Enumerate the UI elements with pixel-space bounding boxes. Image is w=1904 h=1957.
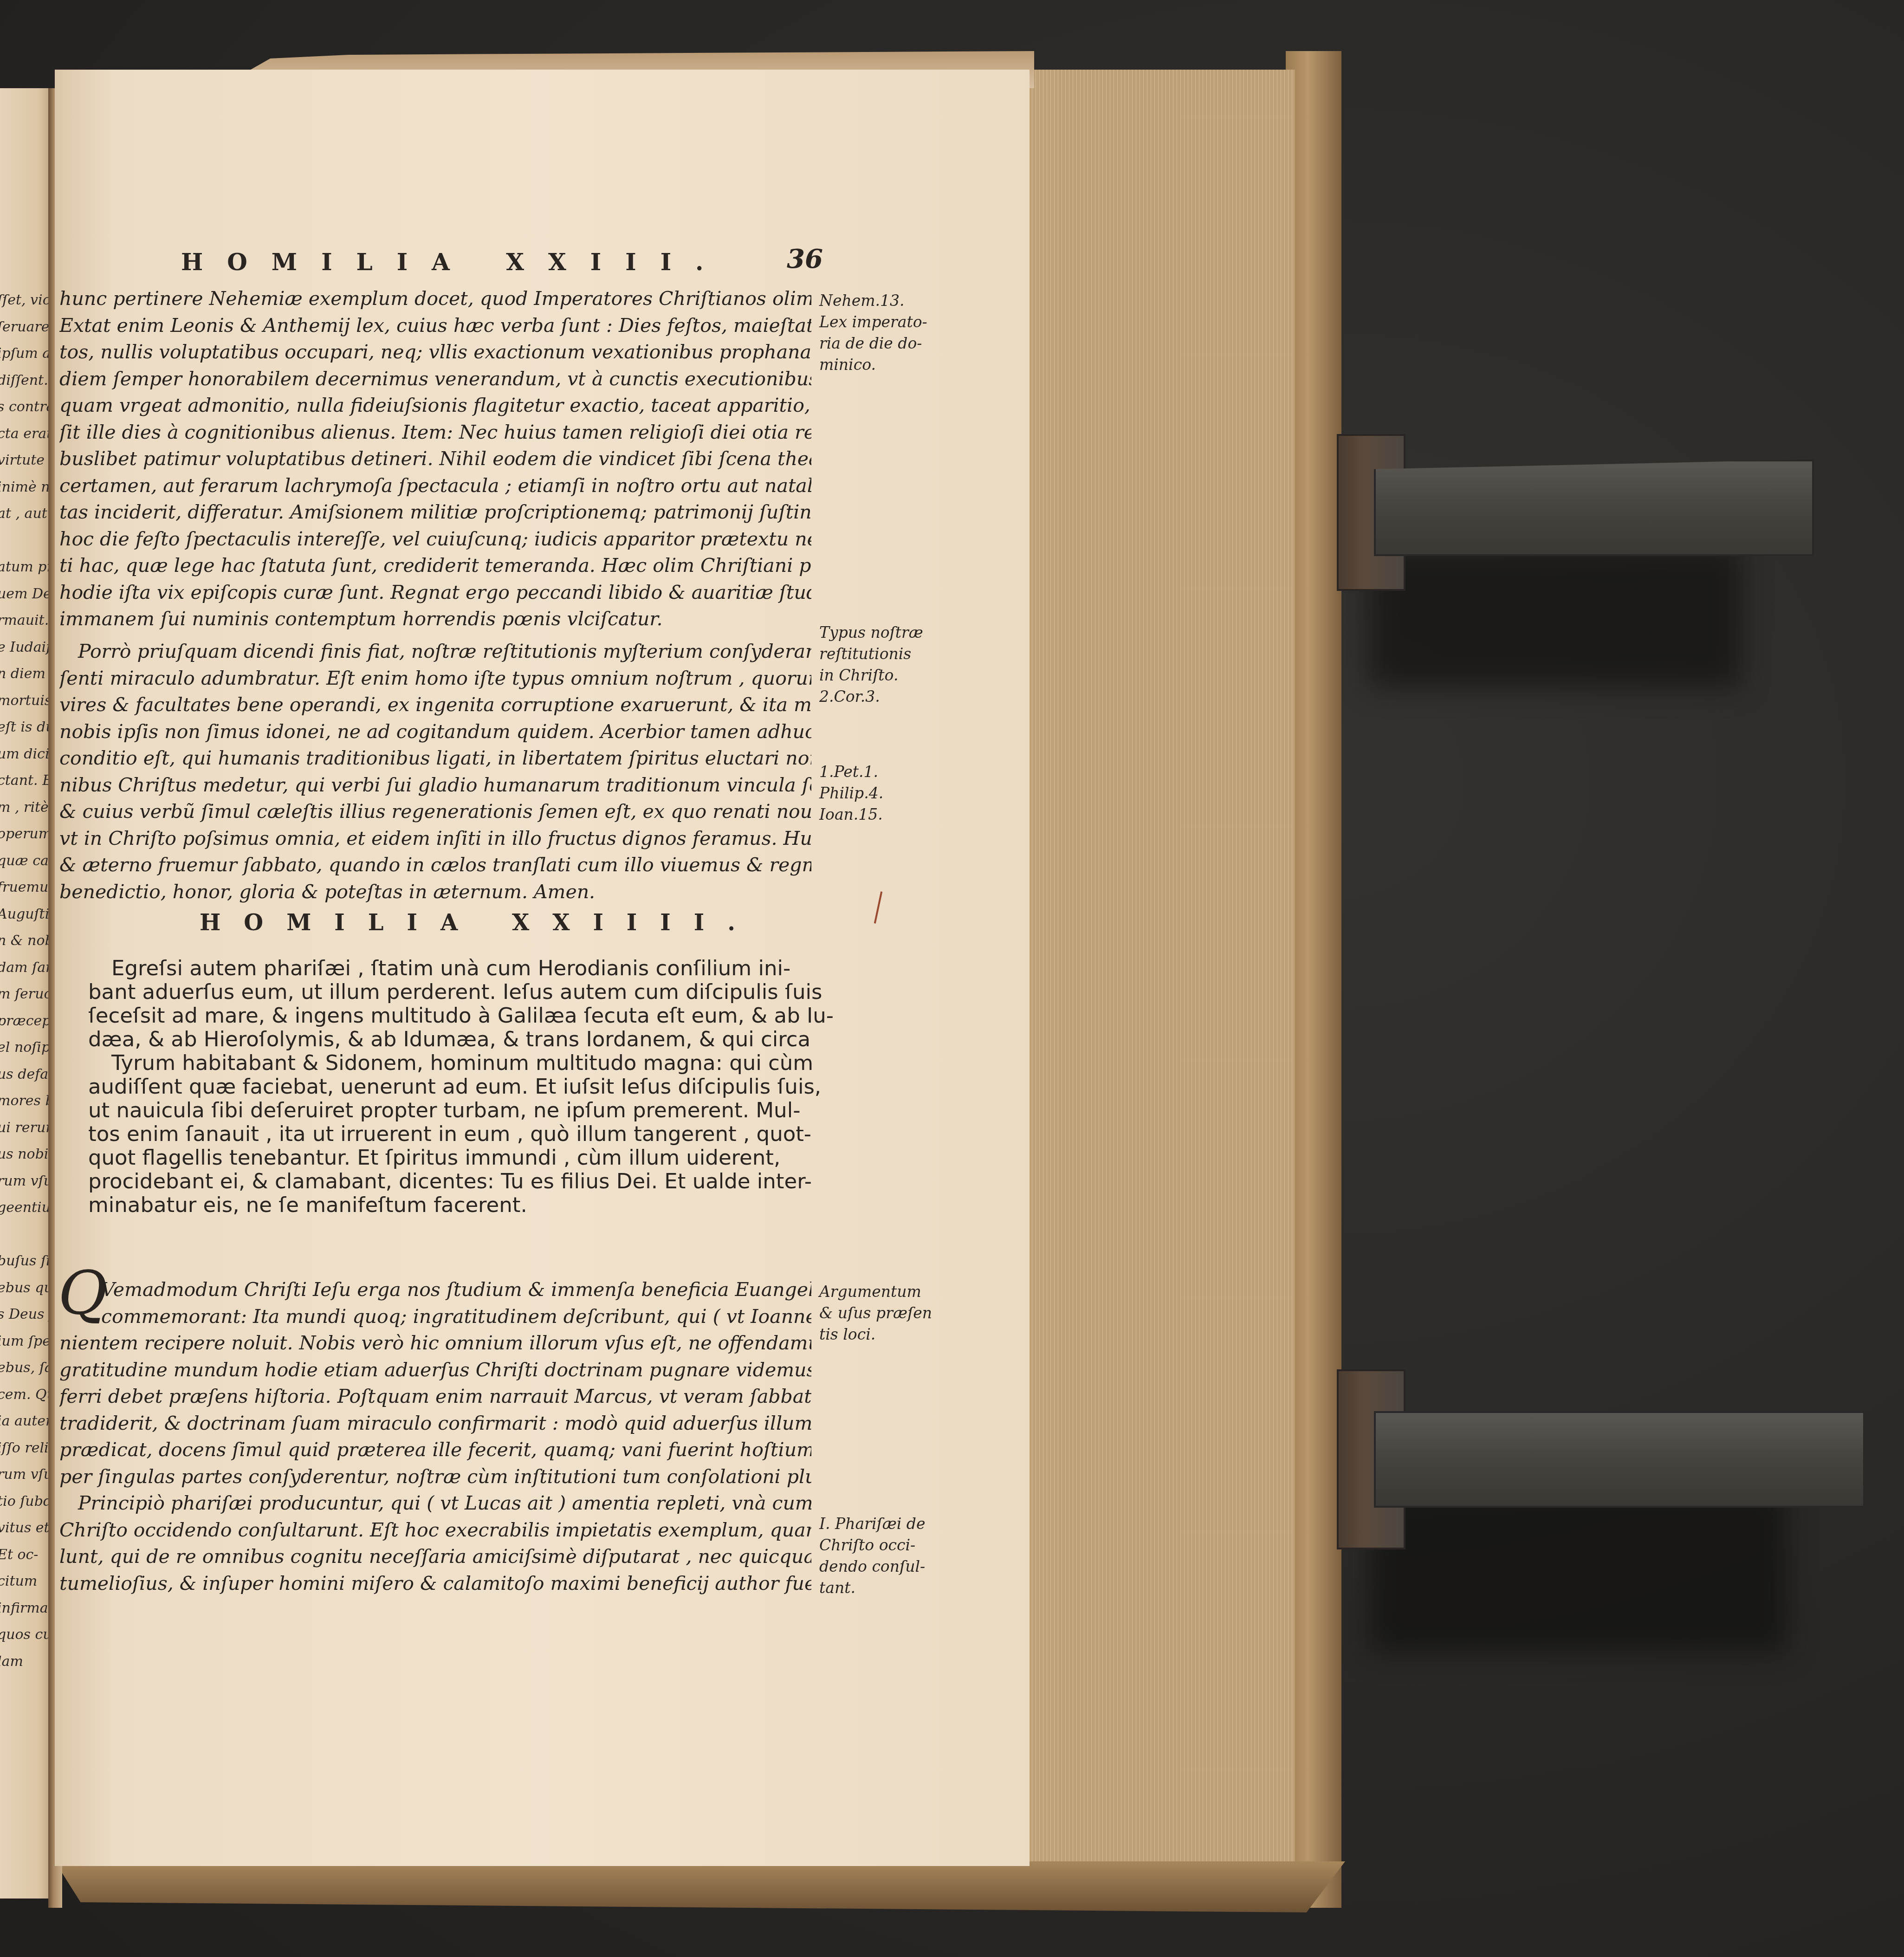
text-line: reſtitutionis [819, 643, 926, 665]
left-page-text-line: eſt is duobus [0, 719, 55, 735]
text-line: hodie iſta vix epiſcopis curæ ſunt. Regn… [59, 579, 811, 606]
text-line: dæa, & ab Hieroſolymis, & ab Idumæa, & t… [88, 1027, 710, 1051]
left-page-text-line: ium ſpeciem [0, 1334, 55, 1349]
left-page-text-line: diſſent. Ita- [0, 373, 55, 389]
left-page-text-line: at , aut in pe- [0, 506, 55, 522]
left-page-text-line: buſus ſi. Pro [0, 1253, 55, 1269]
text-line: bant aduerſus eum, ut illum perderent. I… [88, 980, 710, 1004]
text-line: ria de die do- [819, 333, 926, 354]
homily-24-paragraph-1: Vemadmodum Chriſti Ieſu erga nos ſtudium… [59, 1277, 811, 1490]
text-line: nientem recipere noluit. Nobis verò hic … [59, 1330, 811, 1357]
text-line: Tyrum habitabant & Sidonem, hominum mult… [88, 1051, 710, 1075]
left-page-text-line: rum vſu diſ- [0, 1467, 55, 1483]
left-page-text-line: us defatigare [0, 1067, 55, 1082]
text-line: Argumentum [819, 1281, 926, 1303]
text-line: Nehem.13. [819, 290, 926, 311]
left-page-text-line: cta erat, ſur- [0, 426, 55, 442]
upper-clasp-strap [1374, 460, 1814, 556]
left-page-text-line: atum propriè [0, 559, 55, 575]
text-line: ſenti miraculo adumbratur. Eſt enim homo… [59, 665, 811, 692]
margin-note-pharisaei: I. Phariſæi deChriſto occi-dendo conſul-… [819, 1513, 926, 1599]
left-page-text-line: n diem proxi- [0, 666, 55, 682]
left-page-text-line: n & nobis ip- [0, 933, 55, 949]
text-line: diem ſemper honorabilem decernimus vener… [59, 366, 811, 393]
section-heading-homily-24: HOMILIA XXIIII. [200, 910, 758, 936]
text-line: dendo conſul- [819, 1556, 926, 1577]
text-line: benedictio, honor, gloria & poteſtas in … [59, 879, 811, 906]
left-page-text-line: ia autem co [0, 1413, 55, 1429]
homily-23-paragraph-2: Porrò priuſquam dicendi finis fiat, noſt… [59, 638, 811, 905]
left-page-text-line: ebus, ſabba- [0, 1360, 55, 1376]
left-page-text-line: us nobis com- [0, 1147, 55, 1162]
running-head-title: HOMILIA XXIII. [181, 248, 727, 276]
left-page-text-line: ſſet, viciſsim [0, 292, 55, 308]
text-line: ferri debet præſens hiſtoria. Poſtquam e… [59, 1383, 811, 1410]
left-page-text-line: m , ritè venu- [0, 800, 55, 816]
left-page-text-line: citum [0, 1574, 37, 1589]
text-line: tant. [819, 1577, 926, 1599]
left-facing-page: ſſet, viciſsimſeruare , anipſum accu-diſ… [0, 88, 55, 1899]
text-line: quot flagellis tenebantur. Et ſpiritus i… [88, 1146, 710, 1169]
text-line: I. Phariſæi de [819, 1513, 926, 1535]
text-line: nobis ipſis non ſimus idonei, ne ad cogi… [59, 719, 811, 745]
margin-note-argumentum: Argumentum& uſus præſentis loci. [819, 1281, 926, 1345]
left-page-text-line: cem. Quod [0, 1387, 55, 1403]
left-page-text-line: ipſum accu- [0, 346, 55, 362]
text-line: Egreſsi autem phariſæi , ſtatim unà cum … [88, 956, 710, 980]
text-line: tas inciderit, differatur. Amiſsionem mi… [59, 499, 811, 526]
left-page-text-line: dam ſanctum [0, 960, 55, 976]
left-page-text-line: rmauit. Et [0, 613, 55, 629]
text-line: tos enim ſanauit , ita ut irruerent in e… [88, 1122, 710, 1146]
text-line: in Chriſto. [819, 665, 926, 686]
left-page-text-line: ctant. Et hoc [0, 773, 55, 789]
text-line: Chriſto occidendo conſultarunt. Eſt hoc … [59, 1517, 811, 1544]
left-page-text-line: quæ carniſer- [0, 853, 55, 869]
text-line: & cuius verbũ ſimul cæleſtis illius rege… [59, 798, 811, 825]
text-line: minabatur eis, ne ſe manifeſtum facerent… [88, 1193, 710, 1217]
left-page-text-line: e Iudaiſmum [0, 640, 55, 655]
text-line: gratitudine mundum hodie etiam aduerſus … [59, 1357, 811, 1384]
text-line: per ſingulas partes conſyderentur, noſtr… [59, 1464, 811, 1490]
text-line: minico. [819, 354, 926, 376]
text-line: Vemadmodum Chriſti Ieſu erga nos ſtudium… [59, 1277, 811, 1303]
text-line: hoc die feſto ſpectaculis intereſſe, vel… [59, 526, 811, 553]
left-page-text-line: tio ſubditi [0, 1494, 55, 1510]
left-page-text-line: el noſipſos vel [0, 1040, 55, 1056]
left-page-text-line: uem Deus in [0, 586, 55, 602]
text-line: commemorant: Ita mundi quoq; ingratitudi… [59, 1303, 811, 1330]
left-page-text-line: s Deus ſanc- [0, 1307, 55, 1322]
text-line: Chriſto occi- [819, 1535, 926, 1556]
text-line: Extat enim Leonis & Anthemij lex, cuius … [59, 312, 811, 339]
text-line: Lex imperato- [819, 311, 926, 333]
text-line: Principiò phariſæi producuntur, qui ( vt… [59, 1490, 811, 1517]
margin-note-nehem: Nehem.13.Lex imperato-ria de die do-mini… [819, 290, 926, 376]
scripture-passage: Egreſsi autem phariſæi , ſtatim unà cum … [88, 956, 710, 1217]
text-line: lunt, qui de re omnibus cognitu neceſſar… [59, 1543, 811, 1570]
text-line: prædicat, docens ſimul quid præterea ill… [59, 1437, 811, 1464]
left-page-text-line: Auguſtini re- [0, 907, 55, 922]
text-line: 1.Pet.1. [819, 761, 926, 783]
left-page-text-line: quos cura- [0, 1627, 55, 1643]
left-page-text-line: infirma [0, 1601, 48, 1616]
left-page-text-line: rum vſu diſſe- [0, 1173, 55, 1189]
text-line: nibus Chriſtus medetur, qui verbi ſui gl… [59, 772, 811, 799]
left-page-text-line: fruemur. Pro [0, 880, 55, 895]
text-line: vt in Chriſto poſsimus omnia, et eidem i… [59, 825, 811, 852]
left-page-text-line: iſſo religio- [0, 1440, 55, 1456]
left-page-text-line: um dicitur in [0, 746, 55, 762]
margin-note-scripture-refs: 1.Pet.1.Philip.4.Ioan.15. [819, 761, 926, 825]
text-line: quam vrgeat admonitio, nulla fideiuſsion… [59, 392, 811, 419]
text-line: tradiderit, & doctrinam ſuam miraculo co… [59, 1410, 811, 1437]
text-line: tumelioſius, & inſuper homini miſero & c… [59, 1570, 811, 1597]
text-line: conditio eſt, qui humanis traditionibus … [59, 745, 811, 772]
left-page-text-line: s contra vt- [0, 399, 55, 415]
text-line: certamen, aut ferarum lachrymoſa ſpectac… [59, 473, 811, 499]
homily-24-paragraph-2: Principiò phariſæi producuntur, qui ( vt… [59, 1490, 811, 1597]
text-line: ſit ille dies à cognitionibus alienus. I… [59, 419, 811, 446]
left-page-text-line: lam [0, 1654, 23, 1670]
homily-23-paragraph-1: hunc pertinere Nehemiæ exemplum docet, q… [59, 285, 811, 633]
left-page-text-line: præcepto non [0, 1013, 55, 1029]
text-line: 2.Cor.3. [819, 686, 926, 707]
text-line: & æterno fruemur ſabbato, quando in cælo… [59, 852, 811, 879]
text-line: buslibet patimur voluptatibus detineri. … [59, 446, 811, 473]
left-page-text-line: ſeruare , an [0, 319, 55, 335]
text-line: audiſſent quæ faciebat, uenerunt ad eum.… [88, 1075, 710, 1098]
text-line: tis loci. [819, 1324, 926, 1345]
left-page-text-line: geentium ſi- [0, 1200, 55, 1216]
page-block-edge [1026, 70, 1295, 1880]
text-line: Ioan.15. [819, 804, 926, 825]
text-line: Typus noſtræ [819, 622, 926, 643]
left-page-text-line: ebus quæ [0, 1280, 55, 1296]
text-line: procidebant ei, & clamabant, dicentes: T… [88, 1169, 710, 1193]
text-line: Philip.4. [819, 783, 926, 804]
left-page-text-line: mores beneſi- [0, 1093, 55, 1109]
left-page-text-line: m ſeruos ſuos [0, 986, 55, 1002]
left-page-text-line: vitus etc. [0, 1520, 55, 1536]
left-page-text-line: mortuis reſur- [0, 693, 55, 709]
text-line: & uſus præſen [819, 1303, 926, 1324]
clasp-shadow-lower [1369, 1485, 1787, 1652]
text-line: vires & facultates bene operandi, ex ing… [59, 692, 811, 719]
left-page-text-line: inimè negligi [0, 480, 55, 495]
left-page-text-line: virtute medi [0, 453, 55, 468]
text-line: immanem ſui numinis contemptum horrendis… [59, 606, 811, 633]
left-page-text-line: ui rerum ino- [0, 1120, 55, 1136]
text-line: Porrò priuſquam dicendi finis fiat, noſt… [59, 638, 811, 665]
page-number: 36 [787, 244, 823, 274]
text-line: ti hac, quæ lege hac ſtatuta ſunt, credi… [59, 552, 811, 579]
text-line: ſeceſsit ad mare, & ingens multitudo à G… [88, 1004, 710, 1027]
lower-clasp-strap [1374, 1411, 1865, 1508]
text-line: tos, nullis voluptatibus occupari, neq; … [59, 339, 811, 366]
left-page-text-line: operum & bo- [0, 826, 55, 842]
margin-note-typus: Typus noſtræreſtitutionisin Chriſto.2.Co… [819, 622, 926, 707]
left-page-text-line: Et oc- [0, 1547, 39, 1563]
text-line: hunc pertinere Nehemiæ exemplum docet, q… [59, 285, 811, 312]
clasp-shadow-upper [1369, 548, 1741, 687]
text-line: ut nauicula ſibi deſeruiret propter turb… [88, 1098, 710, 1122]
